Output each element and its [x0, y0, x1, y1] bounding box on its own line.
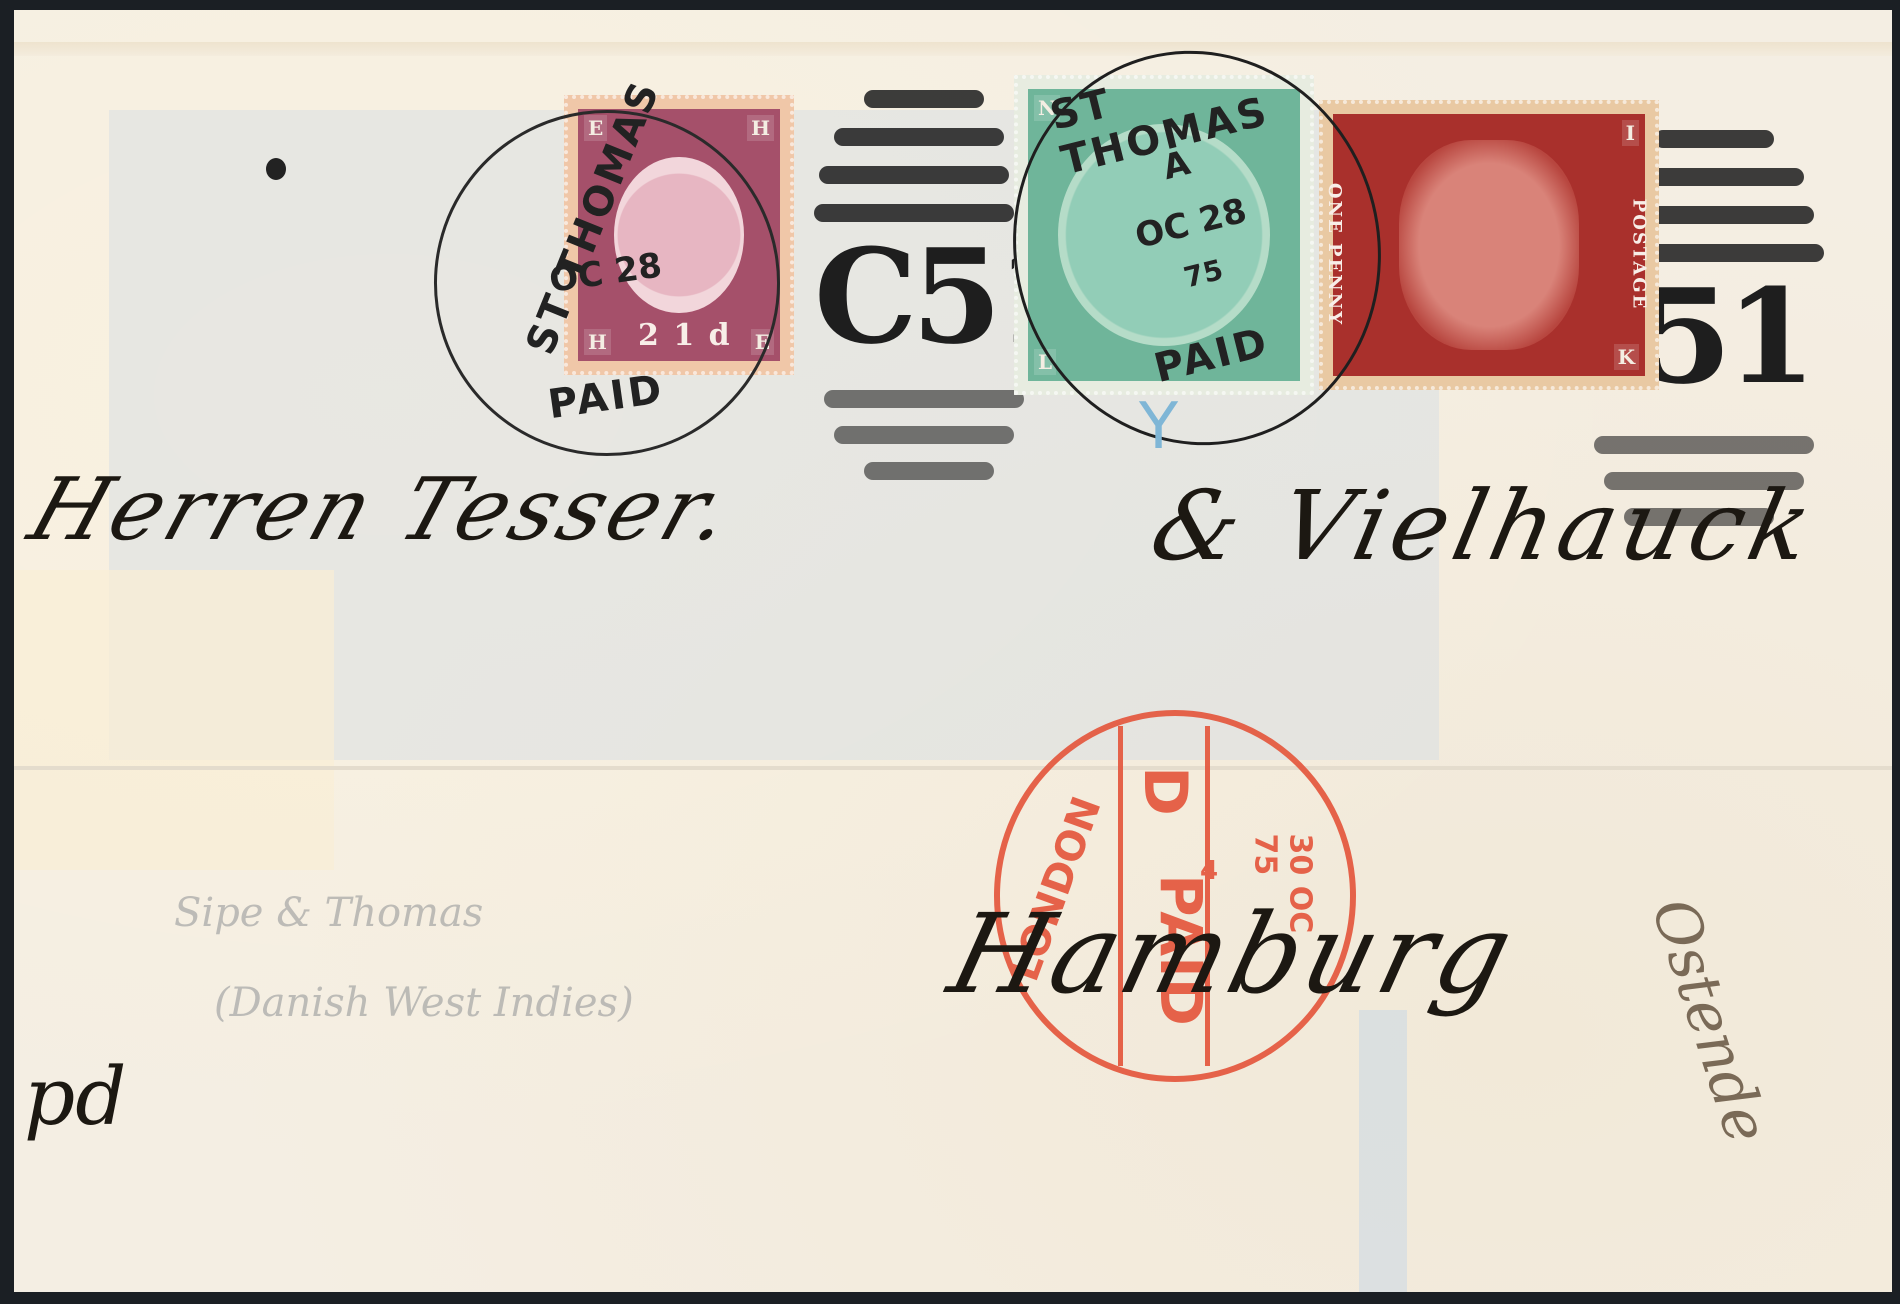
routing-endorsement: Ostende	[1637, 890, 1781, 1151]
blue-pencil-mark: Y	[1139, 390, 1178, 464]
faint-docket-line-1: Sipe & Thomas	[174, 890, 483, 936]
queen-portrait	[1399, 140, 1580, 350]
addressee-line-part-a: Herren Tesser.	[18, 460, 748, 560]
postal-cover: C51 C51 E H H E 2 1 d N L	[14, 10, 1892, 1292]
addressee-line-part-b: & Vielhauck	[1142, 470, 1826, 582]
destination-city: Hamburg	[938, 890, 1528, 1018]
ink-spot	[266, 158, 286, 180]
faint-docket-line-2: (Danish West Indies)	[214, 980, 634, 1026]
duplex-cancel-left: C51	[804, 70, 1044, 490]
paid-endorsement: pd	[24, 1050, 126, 1143]
middle-fold-line	[14, 766, 1892, 770]
blue-paper-strip	[1359, 1010, 1407, 1292]
top-fold-line	[14, 42, 1892, 56]
paper-toning-left	[14, 570, 334, 870]
